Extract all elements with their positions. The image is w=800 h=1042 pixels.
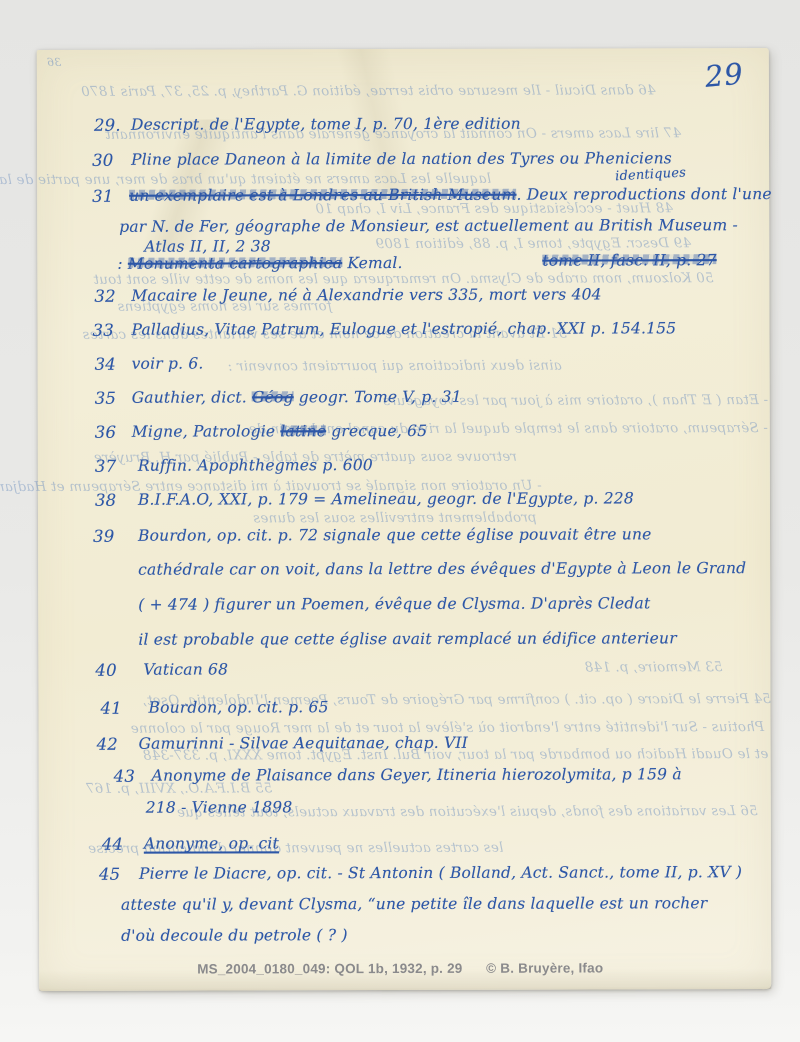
entry-38-number: 38 xyxy=(95,491,116,510)
ghost-line: ainsi deux indications qui pourraient co… xyxy=(227,358,561,375)
entry-34-text: voir p. 6. xyxy=(132,355,204,373)
entry-36-post: grecque, 65 xyxy=(326,422,427,440)
entry-44-text: Anonyme, op. cit xyxy=(144,834,279,852)
entry-33-text: Palladius, Vitae Patrum, Eulogue et l'es… xyxy=(131,319,676,338)
entry-42-text: Gamurinni - Silvae Aequitanae, chap. VII xyxy=(139,734,468,753)
entry-45-line-1: Pierre le Diacre, op. cit. - St Antonin … xyxy=(139,863,742,883)
entry-31-line-3: Atlas II, II, 2 38 xyxy=(144,237,271,255)
caption-reference: MS_2004_0180_049: QOL 1b, 1932, p. 29 xyxy=(197,961,462,977)
entry-34-number: 34 xyxy=(95,355,116,374)
entry-35-pre: Gauthier, dict. xyxy=(132,388,252,406)
entry-44-number: 44 xyxy=(102,835,123,854)
entry-31-line-4: : Monumenta cartographica Kemal. xyxy=(117,254,402,273)
ghost-line: 49 Descr. Egypte, tome I, p. 88, édition… xyxy=(375,235,691,252)
caption-copyright: © B. Bruyère, Ifao xyxy=(486,960,603,975)
entry-31-text: . Deux reproductions dont l'une xyxy=(516,185,771,204)
entry-31-line-4-pre: : xyxy=(117,255,128,273)
entry-43-line-2: 218 - Vienne 1898 xyxy=(146,798,293,816)
entry-39-line-3: ( + 474 ) figurer un Poemen, évêque de C… xyxy=(138,594,650,613)
entry-41-number: 41 xyxy=(100,699,121,718)
paper: 36 46 dans Dicuil - Ile mesurae orbis te… xyxy=(37,48,771,991)
ghost-line: probablement entrevilles sous les dunes xyxy=(253,510,537,527)
entry-31-line-4-struck: Monumenta cartographica xyxy=(128,254,342,273)
entry-45-number: 45 xyxy=(99,865,120,884)
entry-35-text: Gauthier, dict. Géog geogr. Tome V, p. 3… xyxy=(132,388,462,407)
entry-30-number: 30 xyxy=(92,151,113,170)
entry-45-line-3: d'où decoule du petrole ( ? ) xyxy=(121,926,348,945)
ghost-line: 53 Memoire, p. 148 xyxy=(584,659,722,675)
entry-30-text: Pline place Daneon à la limite de la nat… xyxy=(131,149,672,168)
entry-40-number: 40 xyxy=(95,661,116,680)
entry-41-text: Bourdon, op. cit. p. 65 xyxy=(148,698,328,716)
ghost-mark: 36 xyxy=(47,56,61,69)
entry-35-post: geogr. Tome V, p. 31 xyxy=(294,388,462,406)
entry-32-number: 32 xyxy=(94,287,115,306)
entry-36-struck-text: latine xyxy=(280,422,326,440)
entry-45-line-2: atteste qu'il y, devant Clysma, “une pet… xyxy=(121,894,707,914)
entry-31-struck-text: un exemplaire est à Londres au British M… xyxy=(129,186,516,205)
entry-37-text: Ruffin. Apophthegmes p. 600 xyxy=(138,456,373,475)
page-number: 29 xyxy=(703,56,745,93)
entry-36-number: 36 xyxy=(95,423,116,442)
entry-31-insert-identiques: identiques xyxy=(615,165,687,184)
entry-35-struck-text: Géog xyxy=(252,388,294,406)
entry-42-number: 42 xyxy=(97,735,118,754)
scan-background: 36 46 dans Dicuil - Ile mesurae orbis te… xyxy=(0,0,800,1042)
entry-38-text: B.I.F.A.O, XXI, p. 179 = Amelineau, geog… xyxy=(138,489,634,508)
entry-32-text: Macaire le Jeune, né à Alexandrie vers 3… xyxy=(131,285,601,304)
entry-29-number: 29. xyxy=(94,116,121,135)
entry-31-struck-right: tome II, fasc. II, p. 27 xyxy=(542,251,716,269)
entry-31-line-1: un exemplaire est à Londres au British M… xyxy=(129,185,772,205)
entry-39-line-4: il est probable que cette église avait r… xyxy=(138,629,677,648)
entry-40-text: Vatican 68 xyxy=(143,660,228,678)
entry-35-number: 35 xyxy=(95,389,116,408)
entry-31-line-2: par N. de Fer, géographe de Monsieur, es… xyxy=(119,216,738,236)
entry-36-text: Migne, Patrologie latine grecque, 65 xyxy=(132,422,428,441)
ghost-line: 46 dans Dicuil - Ile mesurae orbis terra… xyxy=(81,82,656,100)
entry-29-text: Descript. de l'Egypte, tome I, p. 70, 1è… xyxy=(131,115,521,134)
entry-43-line-1: Anonyme de Plaisance dans Geyer, Itineri… xyxy=(152,765,682,784)
entry-36-pre: Migne, Patrologie xyxy=(132,422,281,440)
entry-43-number: 43 xyxy=(114,767,135,786)
entry-39-line-1: Bourdon, op. cit. p. 72 signale que cett… xyxy=(138,525,651,544)
entry-33-number: 33 xyxy=(92,321,113,340)
entry-31-number: 31 xyxy=(92,187,113,206)
entry-39-number: 39 xyxy=(93,527,114,546)
entry-37-number: 37 xyxy=(95,457,116,476)
entry-39-line-2: cathédrale car on voit, dans la lettre d… xyxy=(138,559,746,579)
entry-31-line-4-post: Kemal. xyxy=(342,254,403,272)
